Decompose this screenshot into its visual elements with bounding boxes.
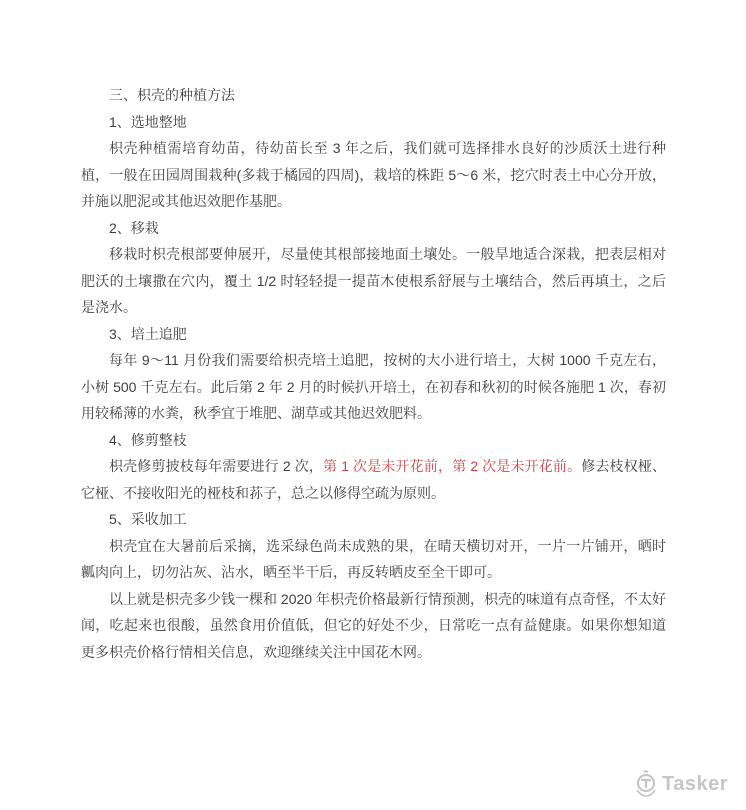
section-heading-transplant: 2、移栽	[81, 215, 666, 242]
closing-paragraph: 以上就是枳壳多少钱一棵和 2020 年枳壳价格最新行情预测，枳壳的味道有点奇怪，…	[81, 586, 666, 666]
section-heading-fertilize: 3、培土追肥	[81, 321, 666, 348]
section-body-transplant: 移栽时枳壳根部要伸展开，尽量使其根部接地面土壤处。一般旱地适合深栽，把表层相对肥…	[81, 241, 666, 321]
tasker-brand-text: Tasker	[662, 773, 728, 796]
tasker-watermark: Tasker	[633, 770, 728, 798]
pruning-text-highlight: 第 1 次是未开花前，第 2 次是未开花前。	[323, 458, 581, 474]
section-body-site-prep: 枳壳种植需培育幼苗，待幼苗长至 3 年之后，我们就可选择排水良好的沙质沃土进行种…	[81, 135, 666, 215]
section-body-harvest: 枳壳宜在大暑前后采摘，选采绿色尚未成熟的果，在晴天横切对开，一片一片铺开，晒时瓤…	[81, 533, 666, 586]
pruning-text-start: 枳壳修剪披枝每年需要进行 2 次，	[109, 458, 323, 474]
section-body-fertilize: 每年 9～11 月份我们需要给枳壳培土追肥，按树的大小进行培土，大树 1000 …	[81, 347, 666, 427]
section-heading-pruning: 4、修剪整枝	[81, 427, 666, 454]
section-heading-harvest: 5、采收加工	[81, 506, 666, 533]
tasker-logo-icon	[633, 770, 659, 798]
article-content: 三、枳壳的种植方法 1、选地整地 枳壳种植需培育幼苗，待幼苗长至 3 年之后，我…	[81, 82, 666, 665]
section-heading-site-prep: 1、选地整地	[81, 109, 666, 136]
document-page: 三、枳壳的种植方法 1、选地整地 枳壳种植需培育幼苗，待幼苗长至 3 年之后，我…	[0, 0, 746, 810]
section-body-pruning: 枳壳修剪披枝每年需要进行 2 次，第 1 次是未开花前，第 2 次是未开花前。修…	[81, 453, 666, 506]
article-title: 三、枳壳的种植方法	[81, 82, 666, 109]
